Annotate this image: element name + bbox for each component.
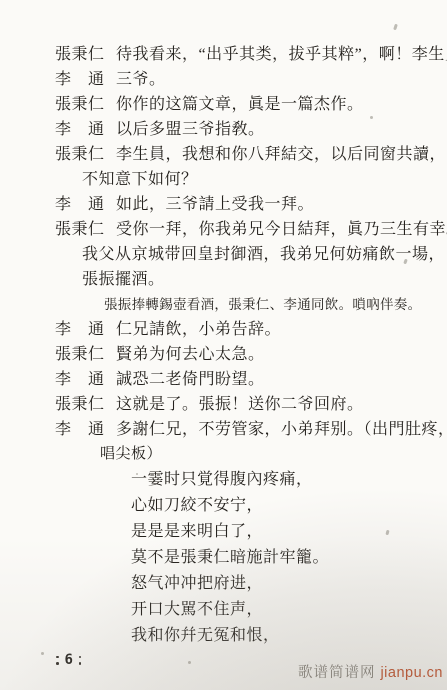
dialogue-line: 張秉仁受你一拜，你我弟兄今日結拜，眞乃三生有幸。 [55, 217, 433, 242]
line-text: 一霎时只覚得腹內疼痛， [131, 471, 313, 488]
dialogue-line: 李 通誠恐二老倚門盼望。 [55, 367, 433, 392]
speaker-name: 張秉仁 [55, 92, 107, 117]
dialogue-line: 張秉仁你作的这篇文章，眞是一篇杰作。 [55, 92, 433, 117]
page-number-ornament-right [79, 656, 82, 665]
speaker-name: 張秉仁 [55, 142, 107, 167]
line-text: 莫不是張秉仁暗施計牢籠。 [131, 549, 329, 566]
dialogue-line: 李 通以后多盟三爷指敎。 [55, 117, 433, 142]
dialogue-line: 張秉仁賢弟为何去心太急。 [55, 342, 433, 367]
verse-line: 莫不是張秉仁暗施計牢籠。 [55, 545, 433, 571]
verse-line: 心如刀絞不安宁， [55, 493, 433, 519]
line-text: 誠恐二老倚門盼望。 [116, 367, 265, 392]
dialogue-line: 李 通仁兄請飲，小弟告辞。 [55, 317, 433, 342]
line-text: 待我看来，“出乎其类，拔乎其粹”，啊！李生員。 [116, 42, 447, 67]
line-text: 不知意下如何？ [82, 171, 198, 188]
watermark-site-url[interactable]: jianpu.cn [380, 665, 443, 681]
continuation-line: 不知意下如何？ [55, 167, 433, 192]
scan-speck [370, 116, 373, 119]
verse-line: 怒气冲冲把府进， [55, 571, 433, 597]
line-text: 三爷。 [116, 67, 166, 92]
verse-line: 我和你幷无冤和恨， [55, 623, 433, 649]
watermark: 歌谱简谱网jianpu.cn [298, 661, 443, 682]
line-text: 怒气冲冲把府进， [131, 575, 263, 592]
stage-line: 張振捧轉錫壺看酒，張秉仁、李通同飲。嗩吶伴奏。 [55, 292, 433, 317]
line-text: 受你一拜，你我弟兄今日結拜，眞乃三生有幸。 [116, 217, 447, 242]
line-text: 仁兄請飲，小弟告辞。 [116, 317, 281, 342]
page-number: 6 [56, 652, 81, 668]
speaker-name: 李 通 [55, 317, 107, 342]
verse-line: 是是是来明白了， [55, 519, 433, 545]
page-number-ornament-left [56, 656, 59, 665]
scanned-script-page: { "page": { "background": "#fbfaf7", "in… [0, 0, 447, 690]
verse-line: 开口大駡不住声， [55, 597, 433, 623]
dialogue-line: 張秉仁这就是了。張振！送你二爷回府。 [55, 392, 433, 417]
speaker-name: 張秉仁 [55, 217, 107, 242]
continuation-line: 張振擺酒。 [55, 267, 433, 292]
speaker-name: 張秉仁 [55, 342, 107, 367]
line-text: 这就是了。張振！送你二爷回府。 [116, 392, 364, 417]
watermark-site-name: 歌谱简谱网 [298, 665, 376, 681]
line-text: 我父从京城带回皇封御酒，我弟兄何妨痛飲一場， [82, 246, 445, 263]
line-text: 我和你幷无冤和恨， [131, 627, 280, 644]
scan-speck [41, 652, 44, 655]
line-text: 張振擺酒。 [82, 271, 165, 288]
scan-speck [393, 24, 398, 31]
script-body: 張秉仁待我看来，“出乎其类，拔乎其粹”，啊！李生員。李 通三爷。張秉仁你作的这篇… [55, 42, 433, 649]
line-text: 唱尖板） [100, 446, 162, 462]
aside-line: 唱尖板） [55, 442, 433, 467]
line-text: 賢弟为何去心太急。 [116, 342, 265, 367]
dialogue-line: 李 通如此，三爷請上受我一拜。 [55, 192, 433, 217]
continuation-line: 我父从京城带回皇封御酒，我弟兄何妨痛飲一場， [55, 242, 433, 267]
page-number-value: 6 [65, 652, 73, 668]
dialogue-line: 李 通三爷。 [55, 67, 433, 92]
line-text: 李生員，我想和你八拜結交，以后同窗共讀， [116, 142, 446, 167]
speaker-name: 李 通 [55, 117, 107, 142]
line-text: 是是是来明白了， [131, 523, 263, 540]
speaker-name: 張秉仁 [55, 392, 107, 417]
line-text: 如此，三爷請上受我一拜。 [116, 192, 314, 217]
dialogue-line: 張秉仁待我看来，“出乎其类，拔乎其粹”，啊！李生員。 [55, 42, 433, 67]
speaker-name: 張秉仁 [55, 42, 107, 67]
line-text: 心如刀絞不安宁， [131, 497, 263, 514]
verse-line: 一霎时只覚得腹內疼痛， [55, 467, 433, 493]
dialogue-line: 張秉仁李生員，我想和你八拜結交，以后同窗共讀， [55, 142, 433, 167]
line-text: 以后多盟三爷指敎。 [116, 117, 265, 142]
scan-speck [136, 473, 138, 475]
line-text: 开口大駡不住声， [131, 601, 263, 618]
speaker-name: 李 通 [55, 367, 107, 392]
line-text: 張振捧轉錫壺看酒，張秉仁、李通同飲。嗩吶伴奏。 [104, 297, 421, 312]
speaker-name: 李 通 [55, 192, 107, 217]
speaker-name: 李 通 [55, 417, 107, 442]
line-text: 多謝仁兄，不劳管家，小弟拜别。（出門肚疼， [116, 417, 447, 442]
scan-speck [188, 661, 191, 664]
dialogue-line: 李 通多謝仁兄，不劳管家，小弟拜别。（出門肚疼， [55, 417, 433, 442]
line-text: 你作的这篇文章，眞是一篇杰作。 [116, 92, 364, 117]
speaker-name: 李 通 [55, 67, 107, 92]
